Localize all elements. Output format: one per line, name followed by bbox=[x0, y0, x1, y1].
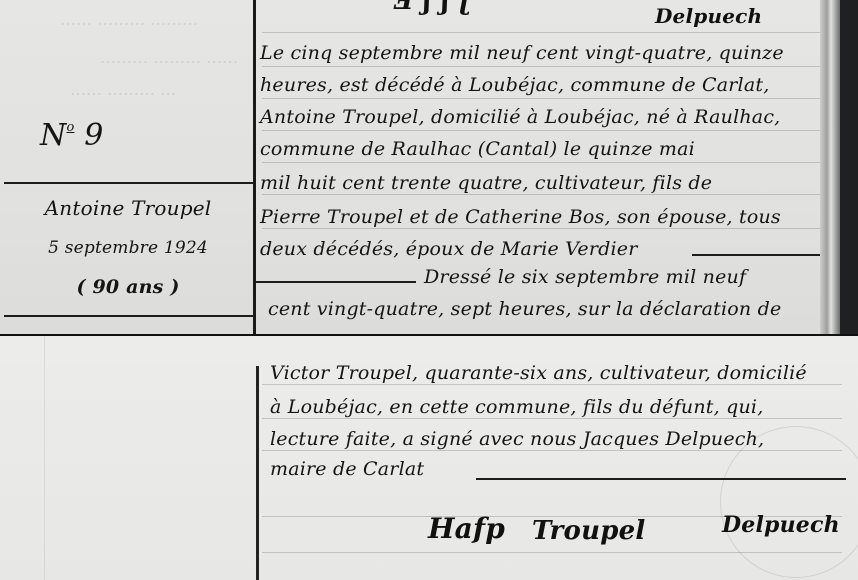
entry-number-suffix: o bbox=[66, 120, 74, 135]
page-fold-shadow bbox=[44, 336, 45, 580]
record-end-rule-right bbox=[692, 254, 832, 256]
record-line: Pierre Troupel et de Catherine Bos, son … bbox=[260, 206, 781, 228]
previous-signature-fragment: Ⅎ ʃ ʃ ɭ bbox=[395, 0, 469, 16]
record-close-rule bbox=[476, 478, 846, 480]
bleed-through-text: …… ……… … bbox=[70, 80, 176, 99]
drawn-up-line: Dressé le six septembre mil neuf bbox=[424, 266, 746, 288]
entry-number: No 9 bbox=[40, 118, 104, 153]
deceased-name: Antoine Troupel bbox=[8, 196, 248, 220]
record-line: heures, est décédé à Loubéjac, commune d… bbox=[260, 74, 769, 96]
mayor-signature: Delpuech bbox=[722, 512, 840, 538]
ruled-line bbox=[262, 418, 842, 419]
register-page-upper: …… ……… ……… ……… ……… …… …… ……… … Ⅎ ʃ ʃ ɭ D… bbox=[0, 0, 840, 334]
declarant-signature: Troupel bbox=[532, 516, 645, 546]
entry-number-prefix: N bbox=[40, 118, 66, 153]
death-date: 5 septembre 1924 bbox=[8, 238, 248, 258]
margin-divider-lower bbox=[256, 366, 259, 580]
previous-mayor-signature: Delpuech bbox=[655, 4, 762, 28]
bleed-through-text: …… ……… ……… bbox=[60, 10, 198, 29]
margin-rule-upper bbox=[4, 182, 254, 184]
ruled-line bbox=[262, 194, 822, 195]
continuation-line: à Loubéjac, en cette commune, fils du dé… bbox=[270, 396, 763, 418]
continuation-line: Victor Troupel, quarante-six ans, cultiv… bbox=[270, 362, 807, 384]
signature-flourish: Hafp bbox=[428, 512, 505, 545]
record-line: mil huit cent trente quatre, cultivateur… bbox=[260, 172, 712, 194]
entry-number-value: 9 bbox=[84, 118, 103, 153]
ruled-line bbox=[262, 162, 822, 163]
ruled-line bbox=[262, 98, 822, 99]
deceased-age: ( 90 ans ) bbox=[8, 276, 248, 298]
ruled-line bbox=[262, 552, 842, 553]
record-line: Le cinq septembre mil neuf cent vingt-qu… bbox=[260, 42, 784, 64]
margin-rule-lower bbox=[4, 315, 254, 317]
record-line: Antoine Troupel, domicilié à Loubéjac, n… bbox=[260, 106, 780, 128]
ruled-line bbox=[262, 32, 822, 33]
record-line: deux décédés, époux de Marie Verdier bbox=[260, 238, 638, 260]
page-binding-edge bbox=[820, 0, 840, 334]
continuation-line: lecture faite, a signé avec nous Jacques… bbox=[270, 428, 764, 450]
ruled-line bbox=[262, 228, 822, 229]
ruled-line bbox=[262, 384, 842, 385]
drawn-up-line: cent vingt-quatre, sept heures, sur la d… bbox=[268, 298, 781, 320]
continuation-line: maire de Carlat bbox=[270, 458, 424, 480]
bleed-through-text: ……… ……… …… bbox=[100, 48, 238, 67]
ruled-line bbox=[262, 130, 822, 131]
register-page-lower: Victor Troupel, quarante-six ans, cultiv… bbox=[0, 334, 858, 580]
margin-divider bbox=[253, 0, 256, 334]
record-line: commune de Raulhac (Cantal) le quinze ma… bbox=[260, 138, 695, 160]
ruled-line bbox=[262, 450, 842, 451]
ruled-line bbox=[262, 66, 822, 67]
record-end-rule-left bbox=[256, 281, 416, 283]
